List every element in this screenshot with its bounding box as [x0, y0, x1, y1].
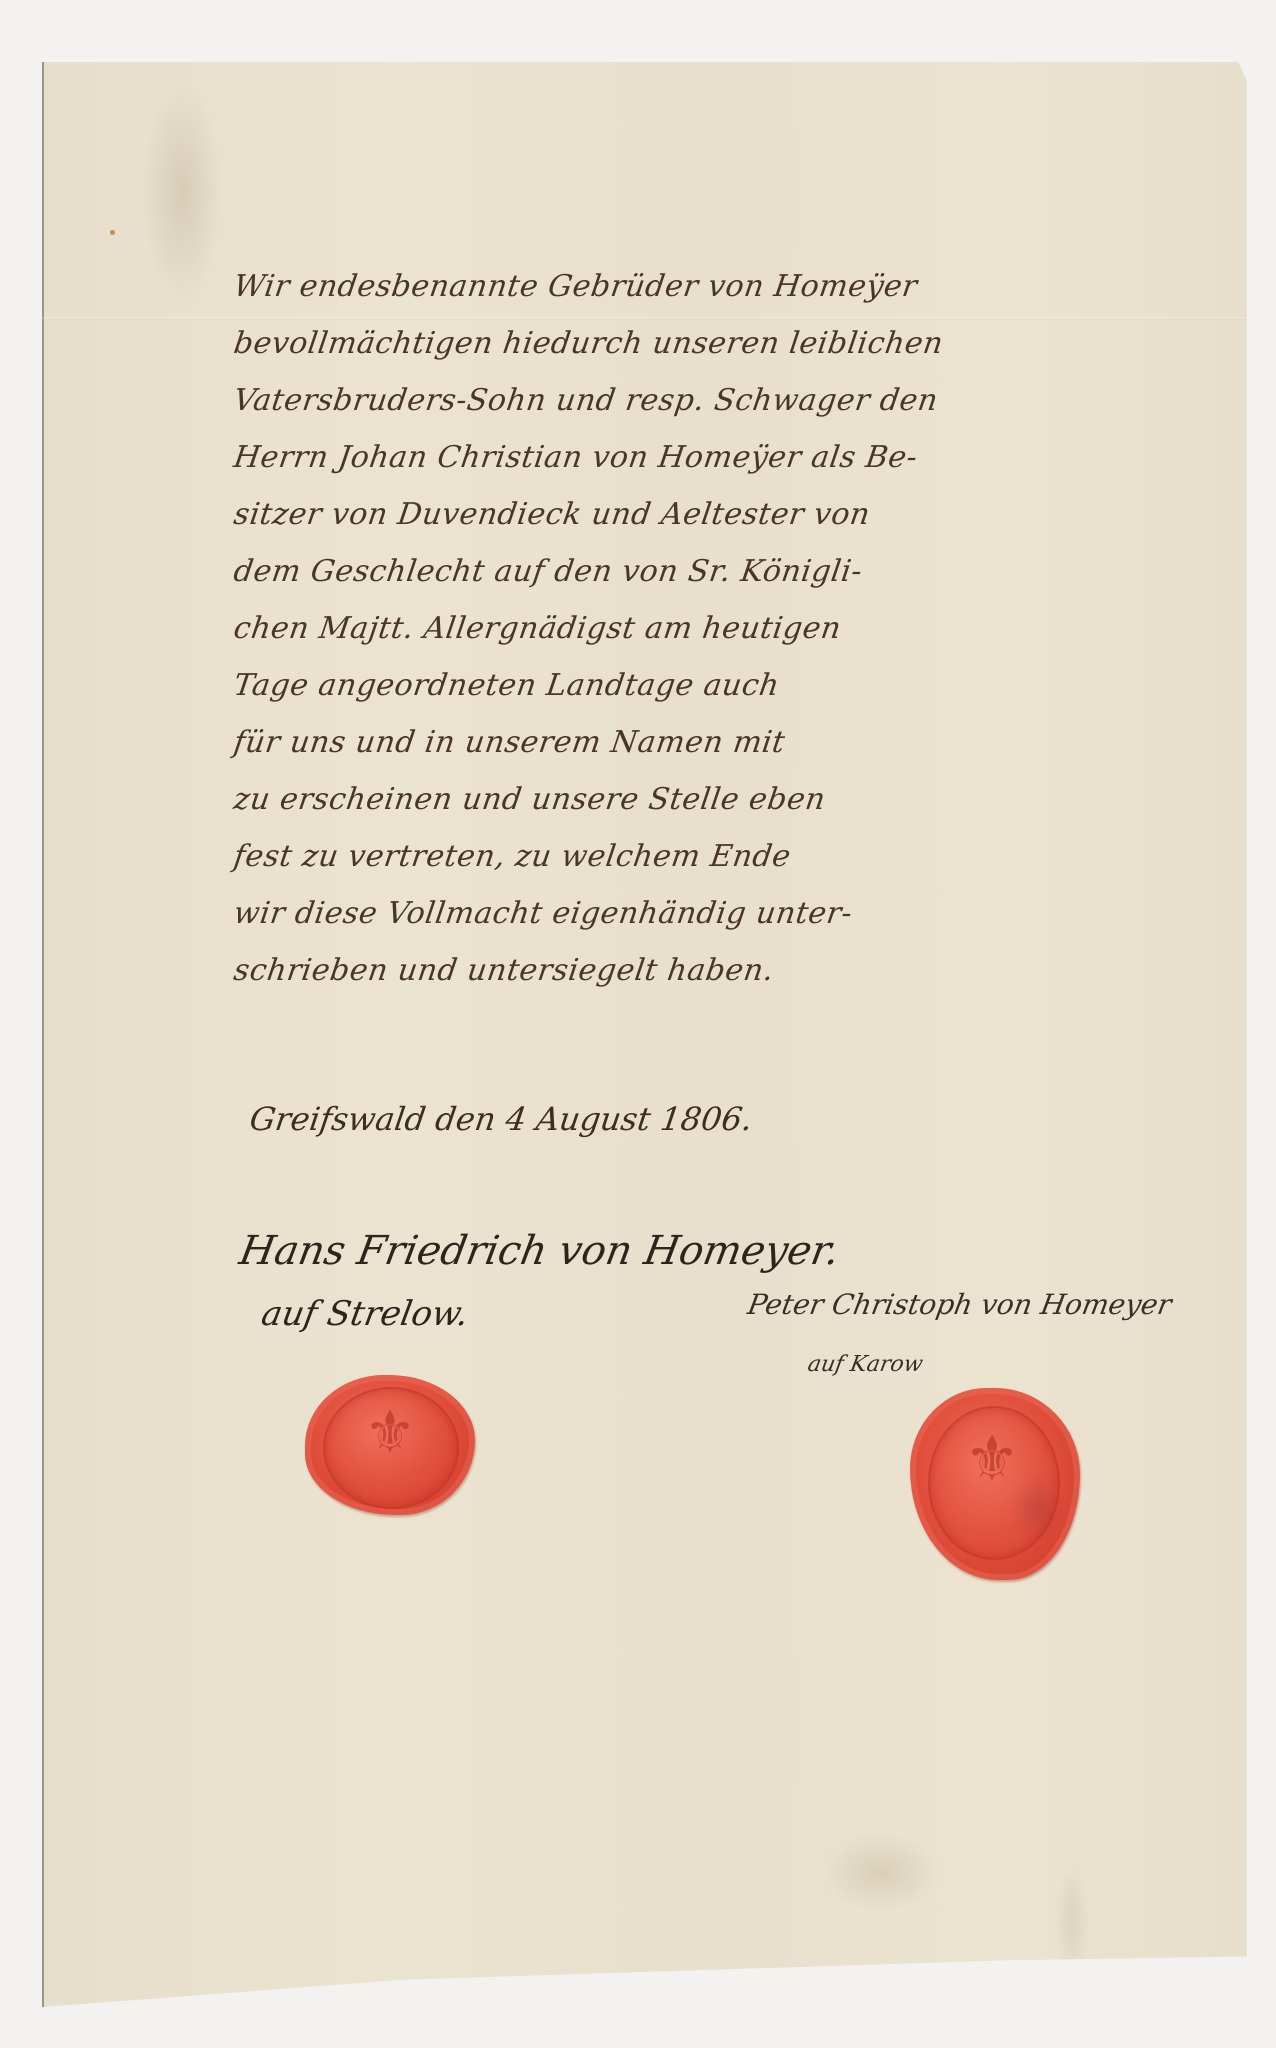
place-and-date: Greifswald den 4 August 1806. — [247, 1100, 755, 1138]
body-line: für uns und in unserem Namen mit — [230, 714, 1198, 771]
body-line: Herrn Johan Christian von Homeÿer als Be… — [230, 429, 1198, 486]
body-line: wir diese Vollmacht eigenhändig unter- — [230, 885, 1198, 942]
body-line: Vatersbruders-Sohn und resp. Schwager de… — [230, 372, 1198, 429]
body-line: schrieben und untersiegelt haben. — [230, 942, 1198, 999]
coat-of-arms-icon: ⚜ — [360, 1403, 420, 1461]
signature-estate-karow: auf Karow — [806, 1352, 925, 1377]
signature-peter-christoph: Peter Christoph von Homeyer — [745, 1288, 1174, 1321]
body-line: Tage angeordneten Landtage auch — [230, 657, 1198, 714]
scanned-document: Wir endesbenannte Gebrüder von Homeÿer b… — [0, 0, 1276, 2048]
signature-estate-strelow: auf Strelow. — [258, 1294, 471, 1334]
coat-of-arms-icon: ⚜ — [962, 1428, 1022, 1490]
body-line: dem Geschlecht auf den von Sr. Königli- — [230, 543, 1198, 600]
body-line: zu erscheinen und unsere Stelle eben — [230, 771, 1198, 828]
body-line: bevollmächtigen hiedurch unseren leiblic… — [230, 315, 1198, 372]
letter-body: Wir endesbenannte Gebrüder von Homeÿer b… — [230, 258, 1190, 999]
wax-seal-left: ⚜ — [305, 1375, 475, 1515]
foxing-spot — [632, 2022, 640, 2026]
foxing-spot — [110, 230, 115, 235]
signature-hans-friedrich: Hans Friedrich von Homeyer. — [236, 1228, 843, 1274]
body-line: sitzer von Duvendieck und Aeltester von — [230, 486, 1198, 543]
body-line: chen Majtt. Allergnädigst am heutigen — [230, 600, 1198, 657]
seal-damage — [1010, 1473, 1065, 1543]
body-line: fest zu vertreten, zu welchem Ende — [230, 828, 1198, 885]
body-line: Wir endesbenannte Gebrüder von Homeÿer — [230, 258, 1198, 315]
